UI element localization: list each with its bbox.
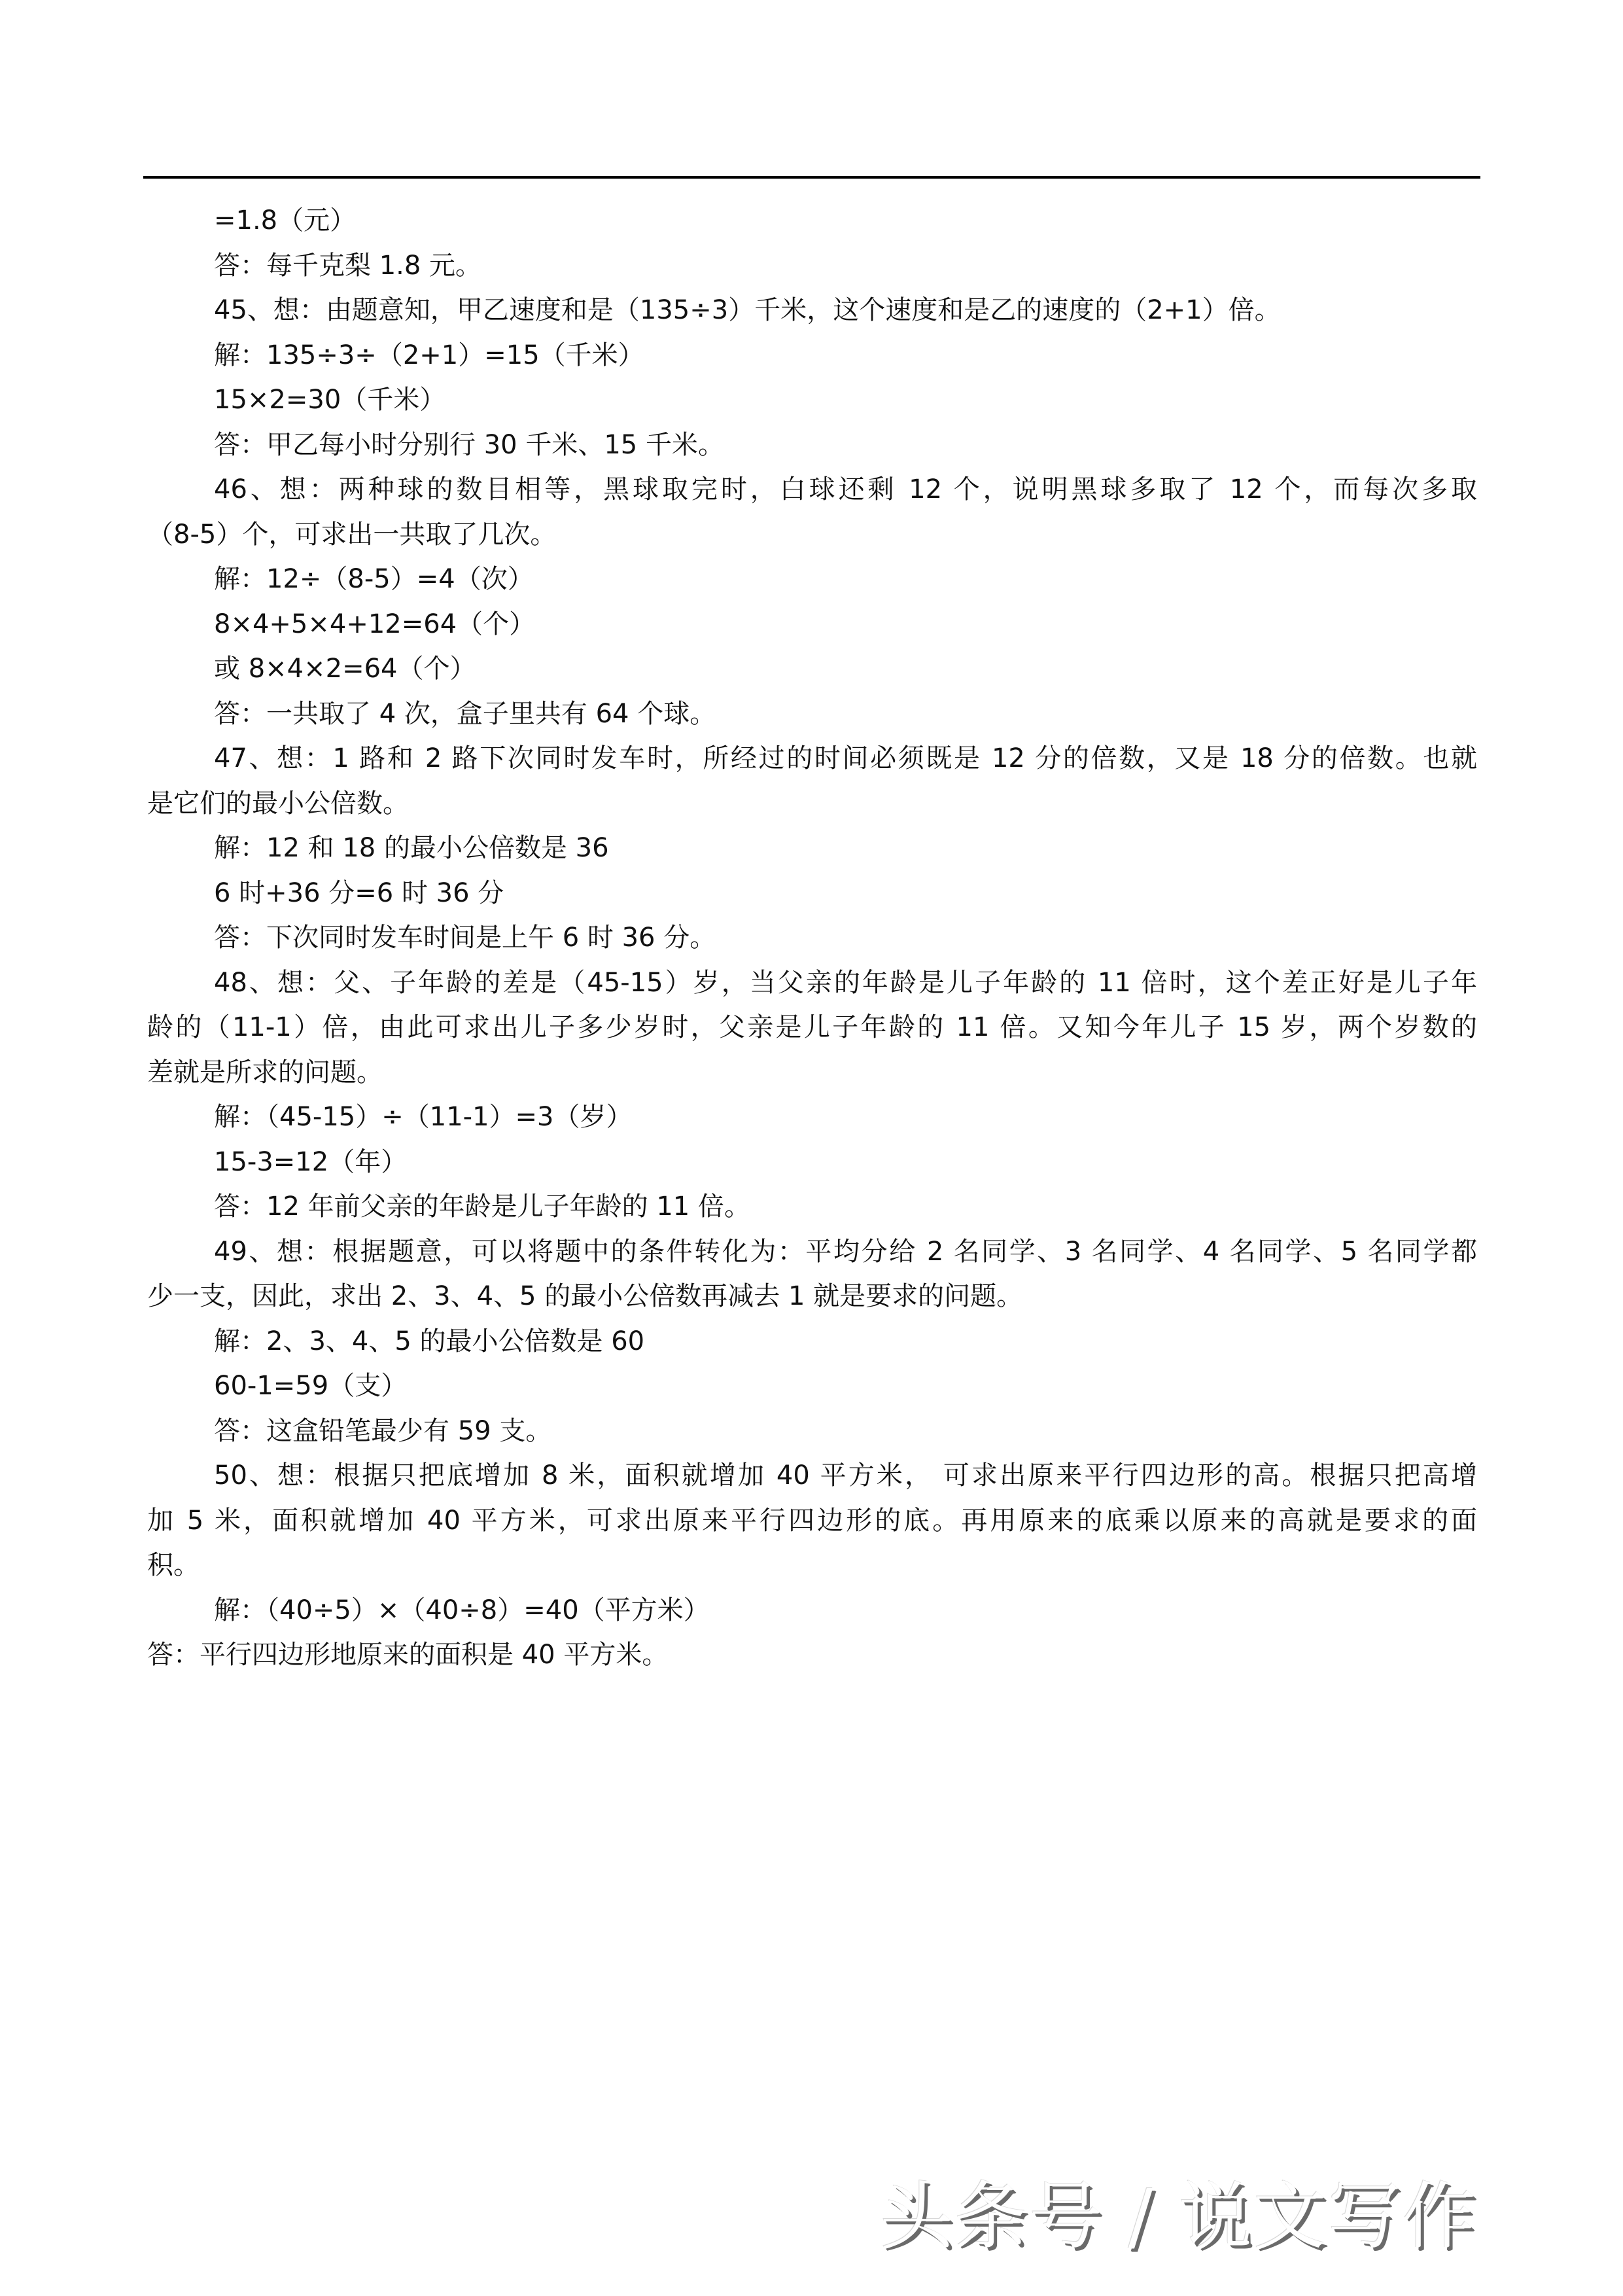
line-15: 6 时+36 分=6 时 36 分: [147, 871, 1477, 916]
line-22: 答：12 年前父亲的年龄是儿子年龄的 11 倍。: [147, 1184, 1477, 1229]
line-23: 49、想：根据题意，可以将题中的条件转化为：平均分给 2 名同学、3 名同学、4…: [147, 1229, 1477, 1275]
line-28: 50、想：根据只把底增加 8 米，面积就增加 40 平方米， 可求出原来平行四边…: [147, 1453, 1477, 1498]
line-10: 或 8×4×2=64（个）: [147, 646, 1477, 692]
line-1: 答：每千克梨 1.8 元。: [147, 243, 1477, 289]
line-31: 解：（40÷5）×（40÷8）=40（平方米）: [147, 1588, 1477, 1633]
line-21: 15-3=12（年）: [147, 1140, 1477, 1185]
line-0: =1.8（元）: [147, 198, 1477, 243]
line-16: 答：下次同时发车时间是上午 6 时 36 分。: [147, 915, 1477, 961]
line-27: 答：这盒铅笔最少有 59 支。: [147, 1409, 1477, 1454]
line-3: 解：135÷3÷（2+1）=15（千米）: [147, 333, 1477, 378]
line-25: 解：2、3、4、5 的最小公倍数是 60: [147, 1319, 1477, 1364]
line-18: 龄的（11-1）倍，由此可求出儿子多少岁时，父亲是儿子年龄的 11 倍。又知今年…: [147, 1005, 1477, 1050]
line-17: 48、想：父、子年龄的差是（45-15）岁，当父亲的年龄是儿子年龄的 11 倍时…: [147, 961, 1477, 1006]
line-12: 47、想：1 路和 2 路下次同时发车时，所经过的时间必须既是 12 分的倍数，…: [147, 736, 1477, 781]
line-9: 8×4+5×4+12=64（个）: [147, 602, 1477, 647]
line-6: 46、想：两种球的数目相等，黑球取完时，白球还剩 12 个，说明黑球多取了 12…: [147, 467, 1477, 512]
line-14: 解：12 和 18 的最小公倍数是 36: [147, 826, 1477, 871]
watermark-text: 头条号 / 说文写作: [880, 2171, 1586, 2263]
document-body: =1.8（元） 答：每千克梨 1.8 元。 45、想：由题意知，甲乙速度和是（1…: [147, 198, 1477, 1678]
line-4: 15×2=30（千米）: [147, 378, 1477, 423]
line-11: 答：一共取了 4 次，盒子里共有 64 个球。: [147, 692, 1477, 737]
line-19: 差就是所求的问题。: [147, 1050, 1477, 1095]
line-30: 积。: [147, 1543, 1477, 1588]
line-24: 少一支，因此，求出 2、3、4、5 的最小公倍数再减去 1 就是要求的问题。: [147, 1274, 1477, 1319]
line-8: 解：12÷（8-5）=4（次）: [147, 557, 1477, 602]
line-29: 加 5 米，面积就增加 40 平方米，可求出原来平行四边形的底。再用原来的底乘以…: [147, 1498, 1477, 1544]
line-2: 45、想：由题意知，甲乙速度和是（135÷3）千米，这个速度和是乙的速度的（2+…: [147, 288, 1477, 333]
line-32: 答：平行四边形地原来的面积是 40 平方米。: [147, 1633, 1477, 1678]
line-26: 60-1=59（支）: [147, 1364, 1477, 1409]
line-5: 答：甲乙每小时分别行 30 千米、15 千米。: [147, 423, 1477, 468]
line-20: 解：（45-15）÷（11-1）=3（岁）: [147, 1095, 1477, 1140]
header-rule: [143, 176, 1480, 179]
line-7: （8-5）个，可求出一共取了几次。: [147, 512, 1477, 557]
line-13: 是它们的最小公倍数。: [147, 781, 1477, 826]
